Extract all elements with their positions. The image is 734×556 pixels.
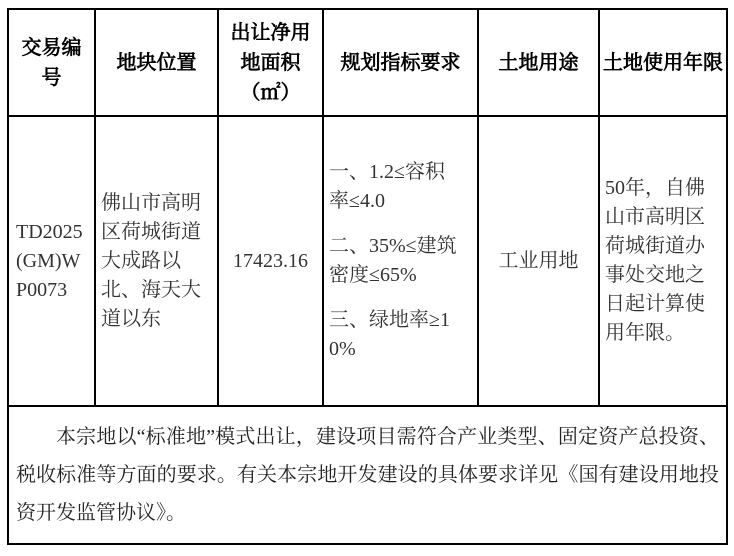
table-row: TD2025(GM)WP0073 佛山市高明区荷城街道大成路以北、海天大道以东 …: [8, 116, 727, 406]
col-header-land-use: 土地用途: [478, 9, 599, 116]
plan-item: 三、绿地率≥10%: [329, 306, 464, 364]
col-header-planning-requirements: 规划指标要求: [323, 9, 478, 116]
plan-item: 二、35%≤建筑密度≤65%: [329, 232, 464, 290]
col-header-transaction-id: 交易编号: [8, 9, 95, 116]
note-row: 本宗地以“标准地”模式出让，建设项目需符合产业类型、固定资产总投资、税收标准等方…: [8, 406, 727, 544]
cell-land-use: 工业用地: [478, 116, 599, 406]
plan-item: 一、1.2≤容积率≤4.0: [329, 158, 464, 216]
cell-transaction-id: TD2025(GM)WP0073: [8, 116, 95, 406]
col-header-net-area: 出让净用地面积（㎡）: [218, 9, 323, 116]
note-cell: 本宗地以“标准地”模式出让，建设项目需符合产业类型、固定资产总投资、税收标准等方…: [8, 406, 727, 544]
note-text: 本宗地以“标准地”模式出让，建设项目需符合产业类型、固定资产总投资、税收标准等方…: [16, 418, 719, 532]
cell-location: 佛山市高明区荷城街道大成路以北、海天大道以东: [95, 116, 218, 406]
cell-tenure: 50年，自佛山市高明区荷城街道办事处交地之日起计算使用年限。: [599, 116, 727, 406]
table-header-row: 交易编号 地块位置 出让净用地面积（㎡） 规划指标要求 土地用途 土地使用年限: [8, 9, 727, 116]
document-page: 交易编号 地块位置 出让净用地面积（㎡） 规划指标要求 土地用途 土地使用年限 …: [0, 0, 734, 556]
cell-net-area: 17423.16: [218, 116, 323, 406]
col-header-tenure: 土地使用年限: [599, 9, 727, 116]
cell-planning-requirements: 一、1.2≤容积率≤4.0二、35%≤建筑密度≤65%三、绿地率≥10%: [323, 116, 478, 406]
land-parcel-table: 交易编号 地块位置 出让净用地面积（㎡） 规划指标要求 土地用途 土地使用年限 …: [7, 8, 728, 545]
col-header-location: 地块位置: [95, 9, 218, 116]
